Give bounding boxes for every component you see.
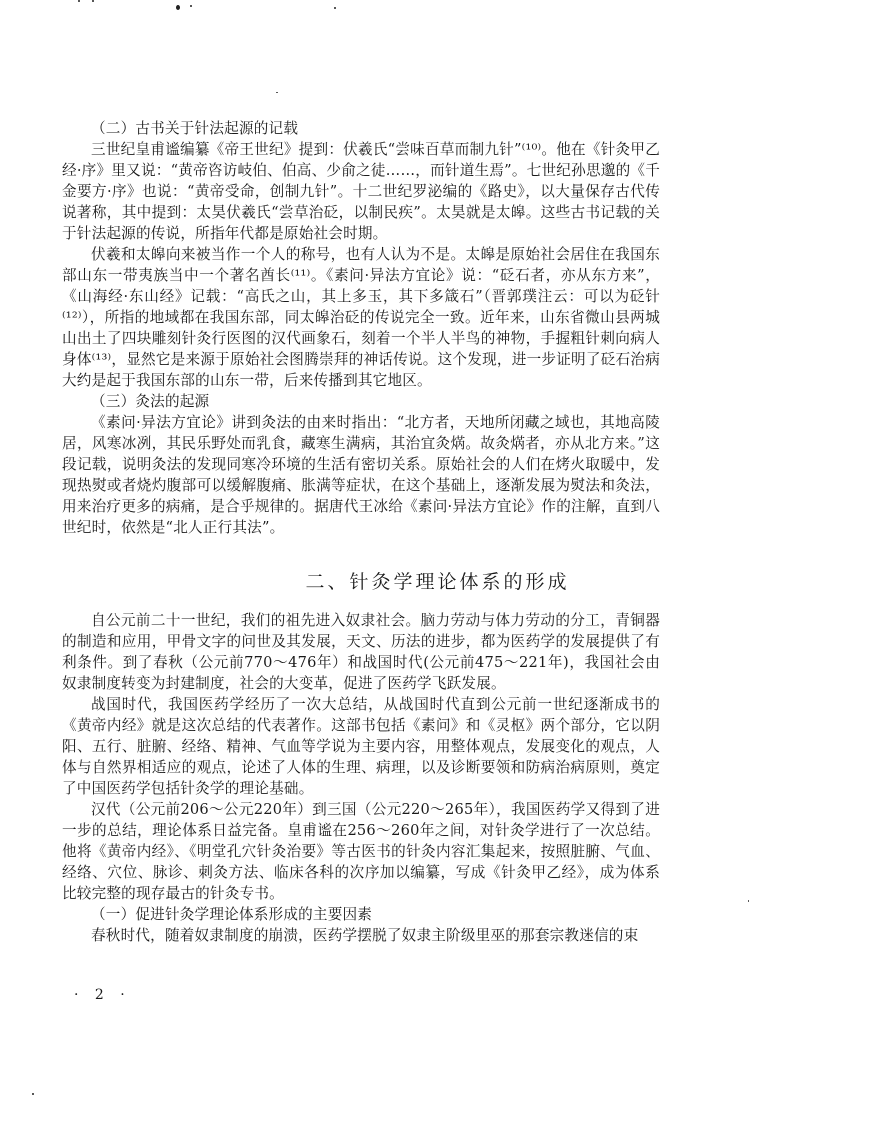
paragraph: 战国时代，我国医药学经历了一次大总结，从战国时代直到公元前一世纪逐渐成书的《黄帝… xyxy=(62,694,660,799)
paragraph: 汉代（公元前206～公元220年）到三国（公元220～265年），我国医药学又得… xyxy=(62,799,660,904)
section-heading: 二、针灸学理论体系的形成 xyxy=(0,569,875,595)
scan-speck xyxy=(78,0,80,2)
scanned-book-page: （二）古书关于针法起源的记载 三世纪皇甫谧编纂《帝王世纪》提到：伏羲氏“尝味百草… xyxy=(0,0,875,1122)
paragraph: 《素问·异法方宜论》讲到灸法的由来时指出：“北方者，天地所闭藏之域也，其地高陵居… xyxy=(62,412,660,538)
paragraph: 春秋时代，随着奴隶制度的崩溃，医药学摆脱了奴隶主阶级里巫的那套宗教迷信的束 xyxy=(62,925,660,946)
subsection-heading: （三）灸法的起源 xyxy=(62,391,660,412)
paragraph: 自公元前二十一世纪，我们的祖先进入奴隶社会。脑力劳动与体力劳动的分工，青铜器的制… xyxy=(62,610,660,694)
scan-speck xyxy=(190,5,192,7)
part2-text: 自公元前二十一世纪，我们的祖先进入奴隶社会。脑力劳动与体力劳动的分工，青铜器的制… xyxy=(62,610,660,946)
scan-speck xyxy=(748,900,749,902)
subsection-heading: （一）促进针灸学理论体系形成的主要因素 xyxy=(62,904,660,925)
paragraph: 三世纪皇甫谧编纂《帝王世纪》提到：伏羲氏“尝味百草而制九针”⁽¹⁰⁾。他在《针灸… xyxy=(62,139,660,244)
paragraph: 伏羲和太皞向来被当作一个人的称号，也有人认为不是。太皞是原始社会居住在我国东部山… xyxy=(62,244,660,391)
page-number: · 2 · xyxy=(74,987,131,1003)
scan-speck xyxy=(176,5,180,10)
scan-speck xyxy=(32,1093,34,1095)
scan-speck xyxy=(276,92,278,93)
scan-speck xyxy=(334,7,336,9)
part1-text: （二）古书关于针法起源的记载 三世纪皇甫谧编纂《帝王世纪》提到：伏羲氏“尝味百草… xyxy=(62,118,660,538)
subsection-heading: （二）古书关于针法起源的记载 xyxy=(62,118,660,139)
scan-speck xyxy=(92,0,94,2)
